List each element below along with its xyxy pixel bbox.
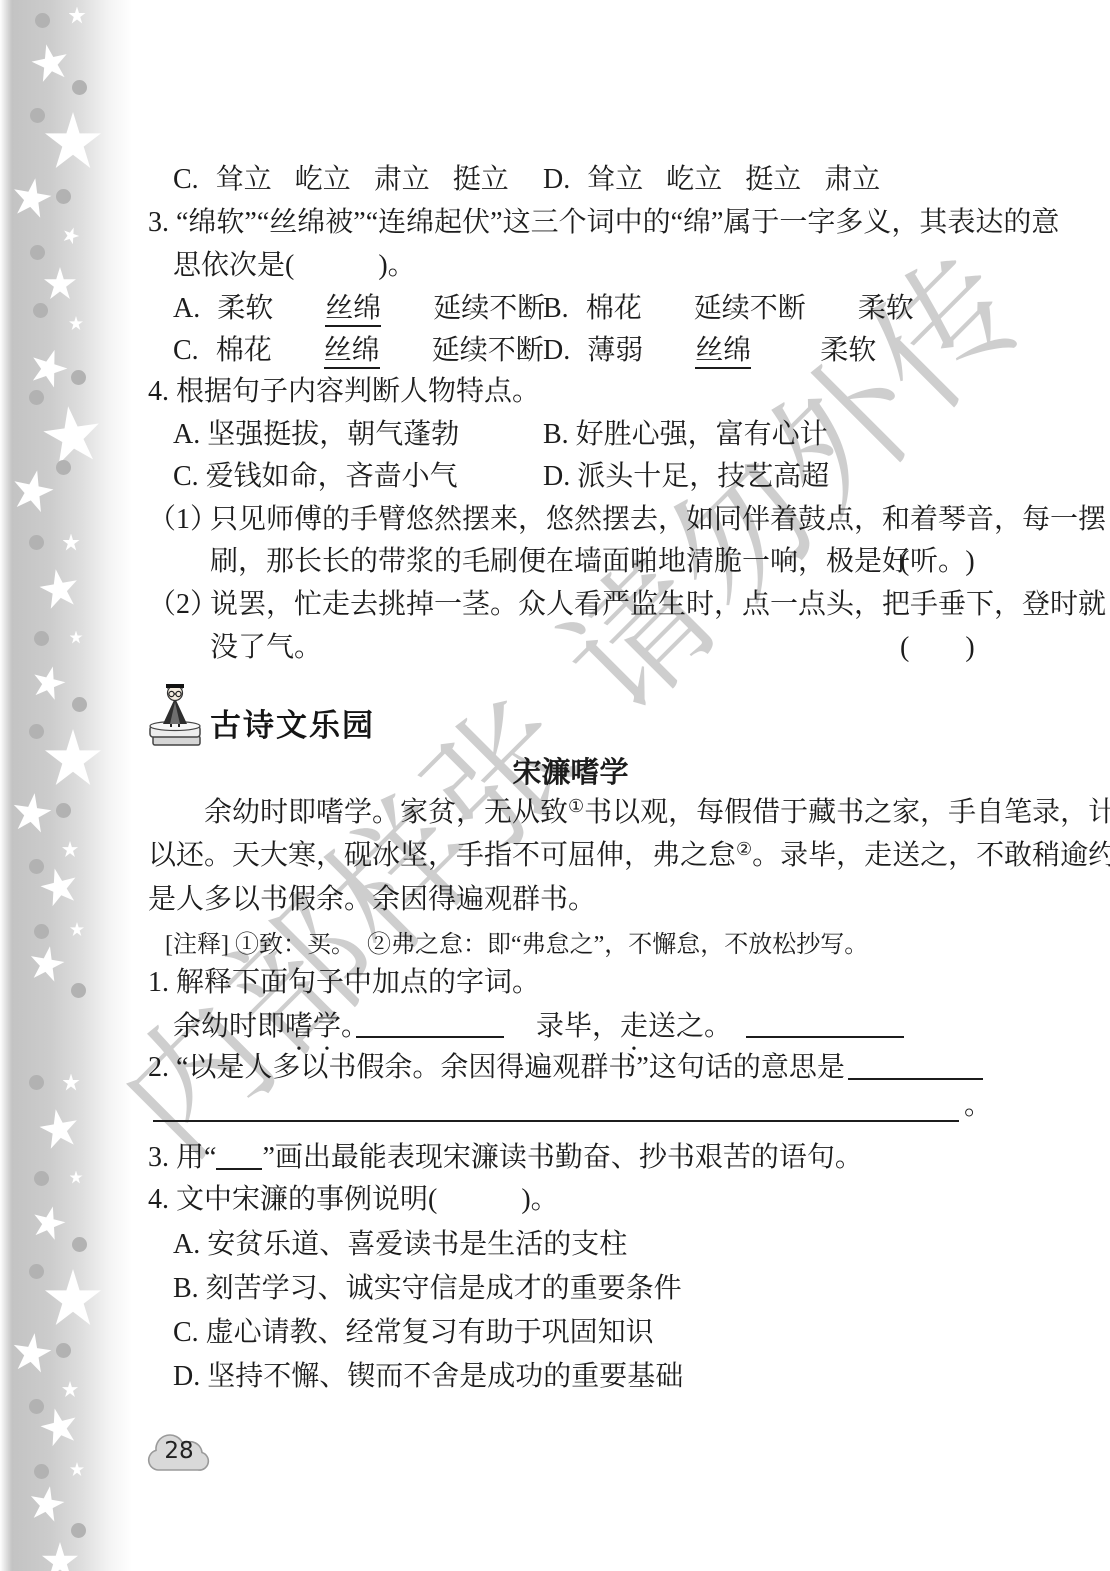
star-icon [69, 7, 86, 24]
dotted-characters: 嗜学 [285, 1011, 341, 1042]
star-icon [29, 41, 72, 84]
star-icon [37, 864, 81, 908]
star-icon [45, 1269, 101, 1325]
decorative-dot [29, 1264, 44, 1279]
option-label: A. [173, 293, 200, 324]
question-text: 3. 用“ [148, 1142, 216, 1173]
star-icon [26, 344, 71, 389]
classics-q4-option-a: A. 安贫乐道、喜爱读书是生活的支柱 [173, 1224, 627, 1266]
option-word-underlined: 丝绵 [695, 335, 751, 369]
decorative-dot [30, 245, 45, 260]
sentence-text: 说罢，忙走去挑掉一茎。众人看严监生时，点一点头，把手垂下，登时就 [210, 589, 1106, 620]
option-label: D. [543, 164, 570, 195]
star-icon [70, 1462, 84, 1476]
phrase-text: 录毕， [536, 1011, 620, 1042]
star-icon [11, 1331, 54, 1374]
decorative-dot [56, 189, 71, 204]
answer-parentheses: ( ) [900, 541, 975, 583]
phrase-text: 余幼时即 [173, 1011, 285, 1042]
option-d: D. 派头十足，技艺高超 [543, 456, 829, 498]
option-c: C. 爱钱如命，吝啬小气 [173, 456, 458, 498]
option-b: B. 好胜心强，富有心计 [543, 414, 828, 456]
decorative-dot [29, 535, 44, 550]
decorative-dot [29, 859, 44, 874]
star-icon [42, 1542, 78, 1571]
sentence-1-line1: （1）只见师傅的手臂悠然摆来，悠然摆去，如同伴着鼓点，和着琴音，每一摆 [148, 499, 1106, 541]
star-icon [62, 1381, 78, 1397]
star-icon [30, 663, 69, 702]
star-icon [37, 566, 81, 610]
sentence-number: （1） [148, 499, 210, 541]
decorative-dot [71, 370, 86, 385]
option-word: 肃立 [374, 164, 430, 195]
classics-q4: 4. 文中宋濂的事例说明( )。 [148, 1179, 559, 1221]
decorative-dot [33, 303, 48, 318]
star-icon [62, 841, 78, 857]
classics-q4-option-c: C. 虚心请教、经常复习有助于巩固知识 [173, 1312, 654, 1354]
decorative-dot [34, 1171, 49, 1186]
sentence-text: 刷，那长长的带浆的毛刷便在墙面啪地清脆一响，极是好听。 [210, 546, 966, 577]
classics-q2: 2. “以是人多以书假余。余因得遍观群书”这句话的意思是 [148, 1047, 983, 1089]
decorative-dot [56, 460, 71, 475]
sentence-text: 没了气。 [210, 632, 322, 663]
star-icon [40, 402, 103, 465]
option-word: 柔软 [820, 335, 876, 366]
passage-text: 书以观，每假借于藏书之家，手自笔录，计日 [584, 797, 1110, 828]
option-d: D. 薄弱 丝绵 柔软 [543, 330, 876, 372]
option-label: C. [173, 164, 199, 195]
question-4-heading: 4. 根据句子内容判断人物特点。 [148, 371, 540, 413]
question-text: 2. “以是人多以书假余。余因得遍观群书”这句话的意思是 [148, 1052, 845, 1083]
passage-title: 宋濂嗜学 [512, 755, 628, 789]
option-word: 耸立 [216, 164, 272, 195]
page-number: 28 [162, 1438, 196, 1464]
decorative-dot [71, 1523, 86, 1538]
passage-text: 以还。天大寒，砚冰坚，手指不可屈伸，弗之怠 [148, 840, 736, 871]
option-word: 挺立 [745, 164, 801, 195]
passage-line-2: 以还。天大寒，砚冰坚，手指不可屈伸，弗之怠②。录毕，走送之，不敢稍逾约。以 [148, 835, 1110, 877]
decorative-dot [72, 1237, 87, 1252]
option-word-underlined: 丝绵 [325, 293, 381, 327]
option-word: 屹立 [295, 164, 351, 195]
passage-notes: [注释] ①致：买。 ②弗之怠：即“弗怠之”，不懈怠，不放松抄写。 [165, 924, 868, 966]
decorative-dot [35, 13, 50, 28]
decorative-dot [72, 80, 87, 95]
star-icon [11, 791, 54, 834]
decorative-dot [30, 108, 45, 123]
star-icon [45, 112, 101, 168]
star-icon [45, 729, 101, 785]
scholar-on-books-icon [148, 682, 204, 748]
star-icon [27, 943, 66, 982]
workbook-page: { "page": { "number": "28", "watermark":… [0, 0, 1110, 1571]
option-a: A. 柔软 丝绵 延续不断 [173, 288, 545, 330]
option-word: 延续不断 [433, 293, 545, 324]
decorative-dot [34, 1464, 49, 1479]
phrase-text: 送之。 [648, 1011, 732, 1042]
decorative-dot [71, 983, 86, 998]
fullline-period: 。 [964, 1085, 992, 1127]
option-word: 挺立 [453, 164, 509, 195]
star-icon [63, 1074, 80, 1091]
decorative-star-sidebar [0, 0, 132, 1571]
passage-line-3: 是人多以书假余。余因得遍观群书。 [148, 879, 596, 921]
star-icon [70, 631, 83, 644]
option-word: 棉花 [216, 335, 272, 366]
option-word: 柔软 [858, 293, 914, 324]
option-label: B. [543, 293, 569, 324]
star-icon [70, 922, 84, 936]
option-word: 延续不断 [432, 335, 544, 366]
page-content: C. 耸立 屹立 肃立 挺立 D. 耸立 屹立 挺立 肃立 3. “绵软”“丝绵… [148, 0, 993, 1571]
star-icon [61, 225, 82, 246]
decorative-dot [56, 1343, 71, 1358]
decorative-dot [34, 631, 49, 646]
star-icon [27, 1483, 66, 1522]
answer-blank-fullline [153, 1092, 959, 1122]
decorative-dot [29, 724, 44, 739]
dotted-character: 走 [620, 1011, 648, 1042]
option-word: 薄弱 [587, 335, 643, 366]
decorative-dot [72, 697, 87, 712]
page-number-cloud: 28 [144, 1426, 214, 1485]
star-icon [70, 1171, 83, 1184]
passage-line-1: 余幼时即嗜学。家贫，无从致①书以观，每假借于藏书之家，手自笔录，计日 [204, 792, 1110, 834]
option-word: 棉花 [586, 293, 642, 324]
sentence-1-line2: 刷，那长长的带浆的毛刷便在墙面啪地清脆一响，极是好听。 ( ) [210, 541, 966, 583]
inline-blank-line [216, 1142, 262, 1170]
star-icon [69, 316, 83, 330]
section-header: 古诗文乐园 [210, 700, 375, 745]
classics-q4-option-b: B. 刻苦学习、诚实守信是成才的重要条件 [173, 1268, 682, 1310]
star-icon [44, 267, 76, 299]
option-word: 延续不断 [694, 293, 806, 324]
sentence-2-line1: （2）说罢，忙走去挑掉一茎。众人看严监生时，点一点头，把手垂下，登时就 [148, 584, 1106, 626]
answer-blank-line [746, 1010, 904, 1038]
option-b: B. 棉花 延续不断 柔软 [543, 288, 914, 330]
option-word: 耸立 [587, 164, 643, 195]
sentence-number: （2） [148, 584, 210, 626]
footnote-marker-1: ① [568, 796, 584, 816]
answer-parentheses: ( ) [900, 627, 975, 669]
answer-blank-line [356, 1010, 504, 1038]
decorative-dot [56, 803, 71, 818]
star-icon [37, 1404, 81, 1448]
passage-text: 。录毕，走送之，不敢稍逾约。以 [752, 840, 1110, 871]
question-3-line2: 思依次是( )。 [173, 245, 416, 287]
option-word: 肃立 [824, 164, 880, 195]
classics-q1-heading: 1. 解释下面句子中加点的字词。 [148, 962, 540, 1004]
decorative-dot [34, 924, 49, 939]
star-icon [37, 1106, 81, 1150]
answer-blank-line [848, 1052, 983, 1080]
question-3-line1: 3. “绵软”“丝绵被”“连绵起伏”这三个词中的“绵”属于一字多义，其表达的意 [148, 202, 1059, 244]
passage-title-row: 宋濂嗜学 [148, 751, 993, 793]
option-a: A. 坚强挺拔，朝气蓬勃 [173, 414, 459, 456]
star-icon [9, 466, 56, 513]
option-d: D. 耸立 屹立 挺立 肃立 [543, 159, 880, 201]
star-icon [10, 175, 54, 219]
sentence-text: 只见师傅的手臂悠然摆来，悠然摆去，如同伴着鼓点，和着琴音，每一摆 [210, 504, 1106, 535]
option-c: C. 棉花 丝绵 延续不断 [173, 330, 544, 372]
classics-q3: 3. 用“”画出最能表现宋濂读书勤奋、抄书艰苦的语句。 [148, 1137, 863, 1179]
footnote-marker-2: ② [736, 839, 752, 859]
option-word: 柔软 [217, 293, 273, 324]
option-word: 屹立 [666, 164, 722, 195]
option-label: C. [173, 335, 199, 366]
passage-text: 余幼时即嗜学。家贫，无从致 [204, 797, 568, 828]
question-text: ”画出最能表现宋濂读书勤奋、抄书艰苦的语句。 [262, 1142, 862, 1173]
decorative-dot [29, 1399, 44, 1414]
star-icon [63, 534, 80, 551]
decorative-dot [29, 1075, 44, 1090]
classics-q4-option-d: D. 坚持不懈、锲而不舍是成功的重要基础 [173, 1356, 683, 1398]
option-label: D. [543, 335, 570, 366]
decorative-dot [29, 390, 44, 405]
option-c: C. 耸立 屹立 肃立 挺立 [173, 159, 509, 201]
star-icon [30, 1203, 69, 1242]
option-word-underlined: 丝绵 [324, 335, 380, 369]
sentence-2-line2: 没了气。 ( ) [210, 627, 322, 669]
